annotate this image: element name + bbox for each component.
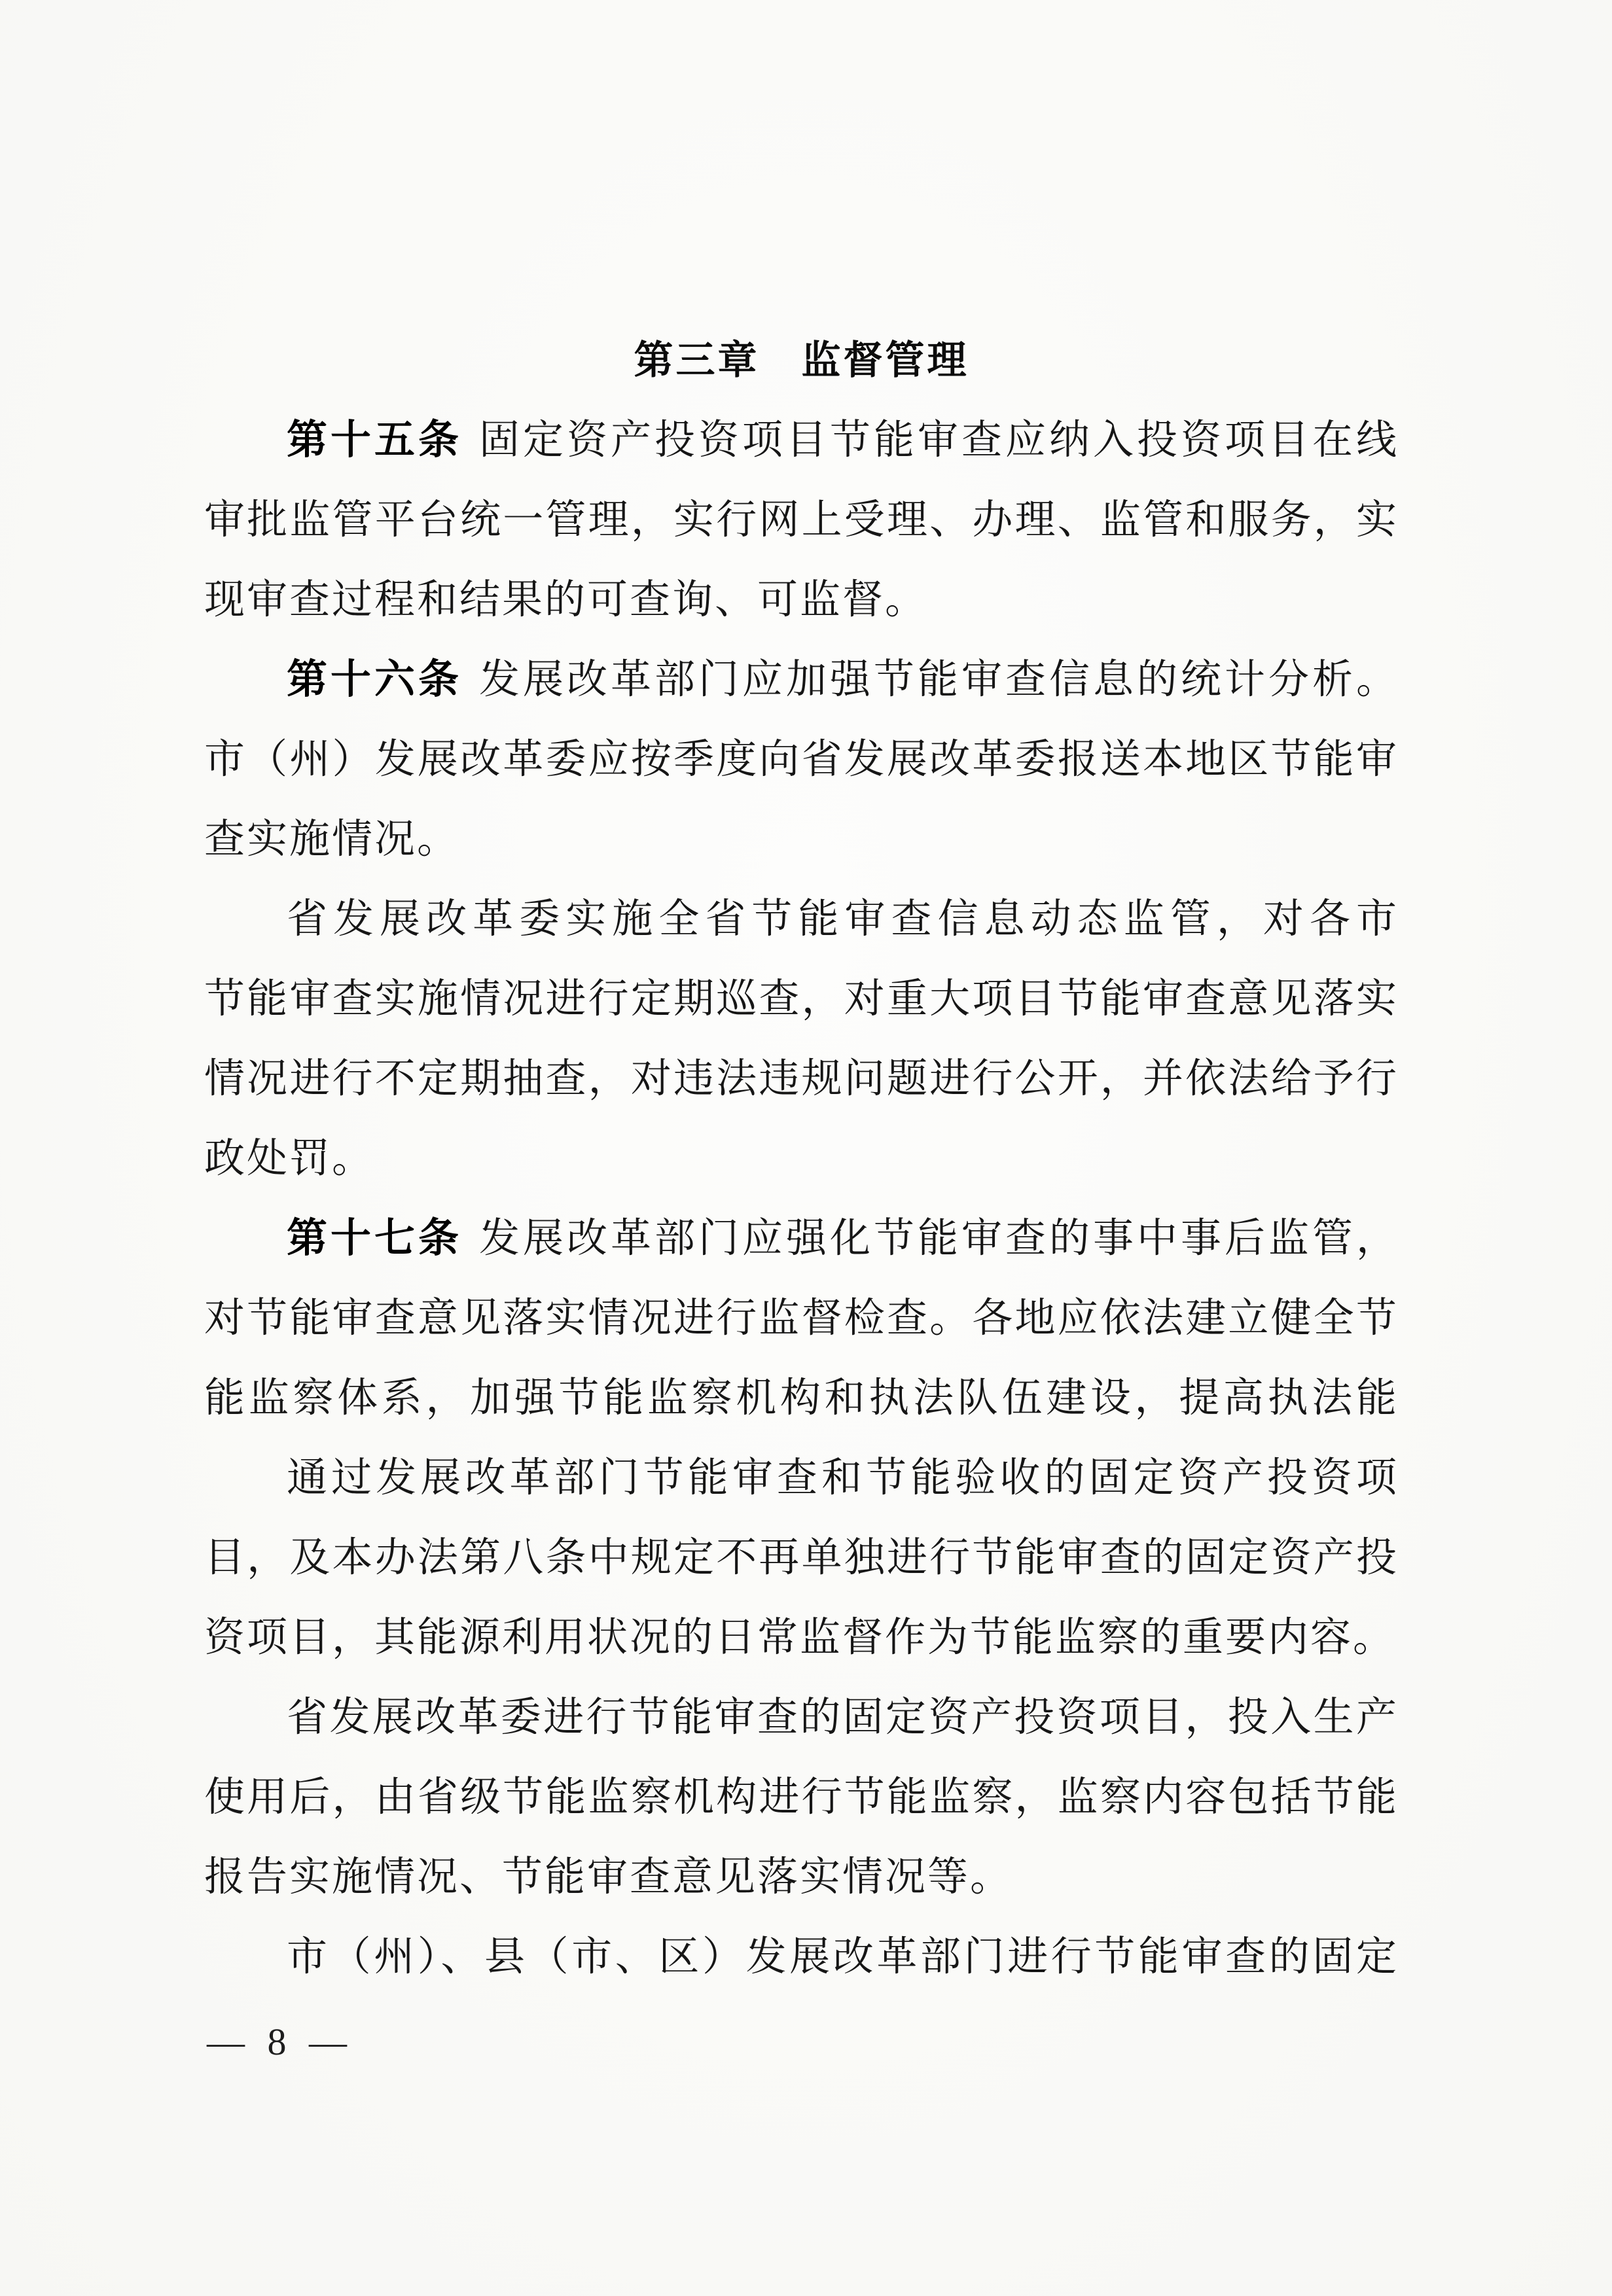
chapter-title: 第三章 监督管理 (204, 321, 1399, 400)
scanned-document-page: 第三章 监督管理 第十五条固定资产投资项目节能审查应纳入投资项目在线审批监管平台… (0, 0, 1612, 2296)
text-line: 情况进行不定期抽查，对违法违规问题进行公开，并依法给予行 (204, 1039, 1399, 1119)
text-line: 资项目，其能源利用状况的日常监督作为节能监察的重要内容。 (204, 1598, 1399, 1678)
text-line: 第十六条发展改革部门应加强节能审查信息的统计分析。 (204, 640, 1399, 720)
line-text: 报告实施情况、节能审查意见落实情况等。 (204, 1855, 1012, 1899)
text-line: 查实施情况。 (204, 800, 1399, 879)
line-text: 市（州）发展改革委应按季度向省发展改革委报送本地区节能审 (204, 737, 1399, 782)
text-line: 市（州）、县（市、区）发展改革部门进行节能审查的固定 (204, 1917, 1399, 1997)
line-text: 对节能审查意见落实情况进行监督检查。各地应依法建立健全节 (204, 1296, 1399, 1341)
text-line: 审批监管平台统一管理，实行网上受理、办理、监管和服务，实 (204, 480, 1399, 560)
line-text: 省发展改革委实施全省节能审查信息动态监管，对各市（州） (204, 897, 1399, 959)
text-line: 政处罚。 (204, 1119, 1399, 1199)
line-text: 资项目，其能源利用状况的日常监督作为节能监察的重要内容。 (204, 1616, 1395, 1660)
text-line: 第十七条发展改革部门应强化节能审查的事中事后监管， (204, 1199, 1399, 1279)
article-number: 第十六条 (287, 657, 462, 702)
text-line: 目，及本办法第八条中规定不再单独进行节能审查的固定资产投 (204, 1518, 1399, 1598)
line-text: 现审查过程和结果的可查询、可监督。 (204, 578, 927, 622)
line-text: 固定资产投资项目节能审查应纳入投资项目在线 (479, 418, 1399, 463)
text-line: 节能审查实施情况进行定期巡查，对重大项目节能审查意见落实 (204, 959, 1399, 1039)
text-line: 通过发展改革部门节能审查和节能验收的固定资产投资项 (204, 1438, 1399, 1518)
text-line: 省发展改革委实施全省节能审查信息动态监管，对各市（州） (204, 879, 1399, 959)
text-line: 第十五条固定资产投资项目节能审查应纳入投资项目在线 (204, 400, 1399, 480)
text-line: 能监察体系，加强节能监察机构和执法队伍建设，提高执法能力。 (204, 1358, 1399, 1438)
line-text: 查实施情况。 (204, 817, 459, 862)
line-text: 审批监管平台统一管理，实行网上受理、办理、监管和服务，实 (204, 498, 1399, 542)
line-text: 使用后，由省级节能监察机构进行节能监察，监察内容包括节能 (204, 1775, 1399, 1820)
line-text: 能监察体系，加强节能监察机构和执法队伍建设，提高执法能力。 (204, 1376, 1399, 1438)
text-line: 使用后，由省级节能监察机构进行节能监察，监察内容包括节能 (204, 1757, 1399, 1837)
line-text: 节能审查实施情况进行定期巡查，对重大项目节能审查意见落实 (204, 977, 1399, 1021)
line-text: 发展改革部门应加强节能审查信息的统计分析。 (479, 658, 1399, 702)
text-line: 市（州）发展改革委应按季度向省发展改革委报送本地区节能审 (204, 720, 1399, 800)
text-line: 报告实施情况、节能审查意见落实情况等。 (204, 1837, 1399, 1917)
document-body: 第三章 监督管理 第十五条固定资产投资项目节能审查应纳入投资项目在线审批监管平台… (204, 321, 1399, 1997)
line-text: 省发展改革委进行节能审查的固定资产投资项目，投入生产 (287, 1695, 1399, 1740)
text-line: 省发展改革委进行节能审查的固定资产投资项目，投入生产 (204, 1678, 1399, 1757)
text-line: 对节能审查意见落实情况进行监督检查。各地应依法建立健全节 (204, 1279, 1399, 1358)
line-text: 市（州）、县（市、区）发展改革部门进行节能审查的固定 (287, 1935, 1399, 1979)
line-text: 目，及本办法第八条中规定不再单独进行节能审查的固定资产投 (204, 1536, 1399, 1580)
page-number: — 8 — (207, 2019, 353, 2065)
text-line: 现审查过程和结果的可查询、可监督。 (204, 560, 1399, 640)
line-text: 政处罚。 (204, 1137, 374, 1181)
paragraph-lines: 第十五条固定资产投资项目节能审查应纳入投资项目在线审批监管平台统一管理，实行网上… (204, 400, 1399, 1997)
line-text: 通过发展改革部门节能审查和节能验收的固定资产投资项 (287, 1456, 1399, 1500)
article-number: 第十七条 (287, 1216, 462, 1261)
line-text: 情况进行不定期抽查，对违法违规问题进行公开，并依法给予行 (204, 1057, 1399, 1101)
line-text: 发展改革部门应强化节能审查的事中事后监管， (479, 1216, 1399, 1261)
article-number: 第十五条 (287, 417, 462, 463)
